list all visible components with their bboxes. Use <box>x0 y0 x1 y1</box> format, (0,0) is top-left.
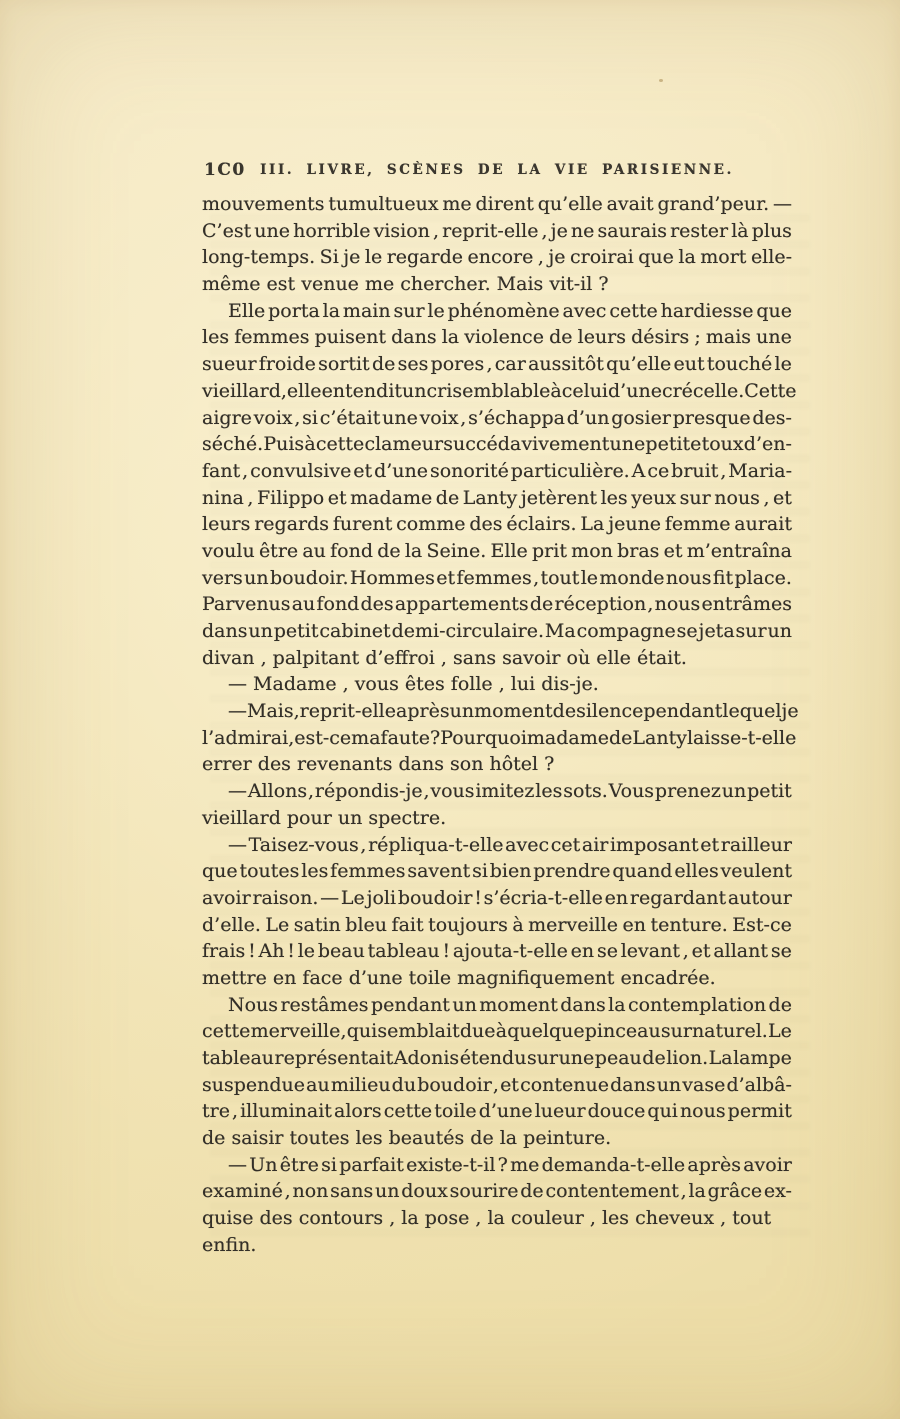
text-line: avoirraison.—Lejoliboudoir!s’écria-t-ell… <box>202 885 792 912</box>
text-line: mettre en face d’une toile magnifiquemen… <box>202 965 792 992</box>
text-line: suspendueaumilieuduboudoir,etcontenuedan… <box>202 1072 792 1099</box>
text-line: long-temps.Sijeleregardeencore,jecroirai… <box>202 244 792 271</box>
text-line: mouvementstumultueuxmedirentqu’elleavait… <box>202 191 792 218</box>
text-line: tre,illuminaitalorscettetoiled’unelueurd… <box>202 1098 792 1125</box>
text-line: tableaureprésentaitAdonisétendusurunepea… <box>202 1045 792 1072</box>
text-line: d’elle.Lesatinbleufaittoujoursàmerveille… <box>202 912 792 939</box>
text-line: fant,convulsiveetd’unesonoritéparticuliè… <box>202 458 792 485</box>
text-line: dansunpetitcabinetdemi-circulaire.Macomp… <box>202 618 792 645</box>
text-line: l’admirai,est-cemafaute?Pourquoimadamede… <box>202 725 792 752</box>
page-number: 1C0 <box>204 160 246 180</box>
text-line: —Unêtresiparfaitexiste-t-il?medemanda-t-… <box>202 1152 792 1179</box>
text-line: séché.Puisàcetteclameursuccédavivementun… <box>202 431 792 458</box>
text-line: vieillard pour un spectre. <box>202 805 792 832</box>
text-line: C’estunehorriblevision,reprit-elle,jenes… <box>202 218 792 245</box>
text-line: —Mais,reprit-elleaprèsunmomentdesilencep… <box>202 698 792 725</box>
text-line: —Allons,répondis-je,vousimitezlessots.Vo… <box>202 778 792 805</box>
text-line: sueurfroidesortitdesespores,caraussitôtq… <box>202 351 792 378</box>
text-line: même est venue me chercher. Mais vit-il … <box>202 271 792 298</box>
text-line: —Taisez-vous,répliqua-t-elleaveccetairim… <box>202 832 792 859</box>
text-line: leursregardsfurentcommedeséclairs.Lajeun… <box>202 511 792 538</box>
text-line: quetouteslesfemmessaventsibienprendrequa… <box>202 858 792 885</box>
text-line: Parvenusaufonddesappartementsderéception… <box>202 591 792 618</box>
text-block: mouvementstumultueuxmedirentqu’elleavait… <box>202 191 792 1232</box>
text-line: de saisir toutes les beautés de la peint… <box>202 1125 792 1152</box>
text-line: examiné,nonsansundouxsouriredecontenteme… <box>202 1178 792 1205</box>
text-line: lesfemmespuisentdanslaviolencedeleursdés… <box>202 324 792 351</box>
text-line: — Madame , vous êtes folle , lui dis-je. <box>202 671 792 698</box>
running-head-title: III. LIVRE, SCÈNES DE LA VIE PARISIENNE. <box>202 160 792 178</box>
text-line: nina,FilippoetmadamedeLantyjetèrentlesye… <box>202 485 792 512</box>
text-line: aigrevoix,sic’étaitunevoix,s’échappad’un… <box>202 405 792 432</box>
text-line: divan , palpitant d’effroi , sans savoir… <box>202 645 792 672</box>
scanned-book-page: 1C0 III. LIVRE, SCÈNES DE LA VIE PARISIE… <box>0 0 900 1419</box>
text-line: Elleportalamainsurlephénomèneaveccetteha… <box>202 298 792 325</box>
text-line: errer des revenants dans son hôtel ? <box>202 751 792 778</box>
text-line: cettemerveille,quisemblaitdueàquelquepin… <box>202 1018 792 1045</box>
running-head: 1C0 III. LIVRE, SCÈNES DE LA VIE PARISIE… <box>202 160 792 184</box>
paper-speck <box>659 79 663 82</box>
text-line: frais!Ah!lebeautableau!ajouta-t-elleense… <box>202 938 792 965</box>
text-line: quise des contours , la pose , la couleu… <box>202 1205 792 1232</box>
text-line: vieillard,elleentendituncrisemblableàcel… <box>202 378 792 405</box>
text-line: versunboudoir.Hommesetfemmes,toutlemonde… <box>202 565 792 592</box>
text-line: Nousrestâmespendantunmomentdanslacontemp… <box>202 992 792 1019</box>
text-line: vouluêtreaufonddelaSeine.Ellepritmonbras… <box>202 538 792 565</box>
